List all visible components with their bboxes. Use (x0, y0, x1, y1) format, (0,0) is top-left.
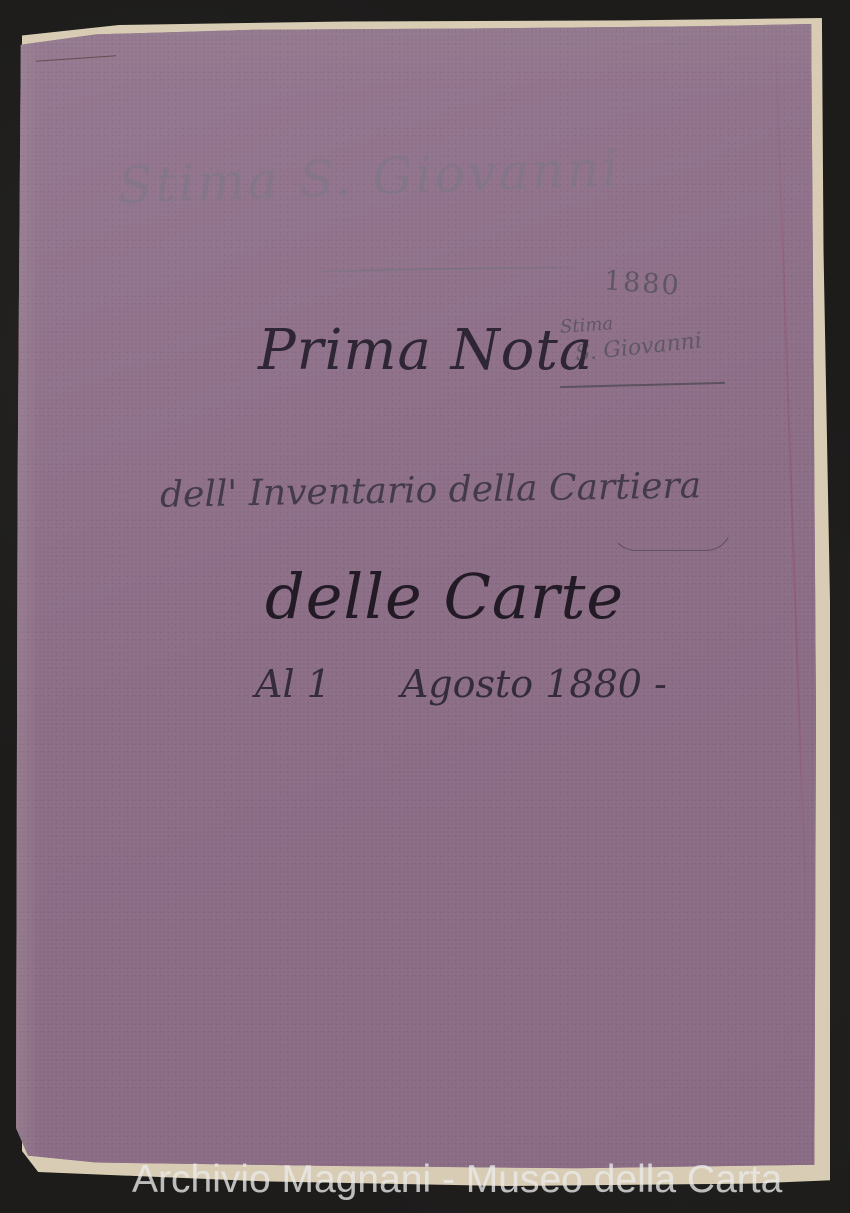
edge-tear (36, 55, 116, 70)
document-date: Al 1Agosto 1880 - (255, 662, 667, 706)
archive-watermark: Archivio Magnani - Museo della Carta (132, 1158, 782, 1202)
document-title: Prima Nota (258, 318, 593, 383)
document-main-heading: delle Carte (265, 560, 624, 633)
date-day: Al 1 (255, 662, 331, 706)
date-month-year: Agosto 1880 - (401, 662, 667, 706)
fold-crease (774, 24, 807, 924)
pencil-year: 1880 (603, 265, 682, 301)
calligraphic-flourish (610, 525, 732, 551)
